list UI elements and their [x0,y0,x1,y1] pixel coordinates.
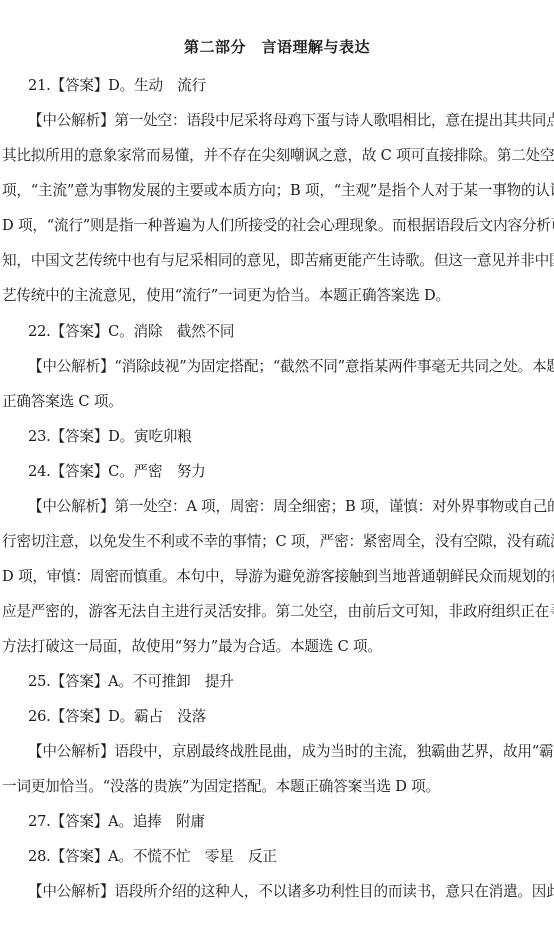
answer-25: 25.【答案】A。不可推卸 提升 [28,672,554,692]
answer-28: 28.【答案】A。不慌不忙 零星 反正 [28,847,554,867]
analysis-24-l5: 方法打破这一局面，故使用“努力”最为合适。本题选 C 项。 [2,637,554,657]
analysis-24-l4: 应是严密的，游客无法自主进行灵活安排。第二处空，由前后文可知，非政府组织正在寻求 [2,602,554,622]
answer-24: 24.【答案】C。严密 努力 [28,462,554,482]
section-title: 第二部分 言语理解与表达 [0,36,554,57]
analysis-24-l2: 行密切注意，以免发生不利或不幸的事情；C 项，严密：紧密周全，没有空隙，没有疏漏… [2,532,554,552]
analysis-21: 【中公解析】第一处空：语段中尼采将母鸡下蛋与诗人歌唱相比，意在提出其共同点， [28,111,554,131]
analysis-26: 【中公解析】语段中，京剧最终战胜昆曲，成为当时的主流，独霸曲艺界，故用“霸占” [28,742,554,762]
analysis-24-l3: D 项，审慎：周密而慎重。本句中，导游为避免游客接触到当地普通朝鲜民众而规划的行… [2,567,554,587]
answer-22: 22.【答案】C。消除 截然不同 [28,322,554,342]
analysis-26-l2: 一词更加恰当。“没落的贵族”为固定搭配。本题正确答案当选 D 项。 [2,777,554,797]
answer-27: 27.【答案】A。追捧 附庸 [28,812,554,832]
analysis-28: 【中公解析】语段所介绍的这种人，不以诸多功利性目的而读书，意只在消遣。因此他 [28,882,554,902]
analysis-21-l2: 其比拟所用的意象家常而易懂，并不存在尖刻嘲讽之意，故 C 项可直接排除。第二处空… [2,146,554,166]
answer-21: 21.【答案】D。生动 流行 [28,76,554,96]
analysis-24: 【中公解析】第一处空：A 项，周密：周全细密；B 项，谨慎：对外界事物或自己的言 [28,497,554,517]
analysis-21-l6: 艺传统中的主流意见，使用“流行”一词更为恰当。本题正确答案选 D。 [2,286,554,306]
answer-26: 26.【答案】D。霸占 没落 [28,707,554,727]
analysis-21-l5: 知，中国文艺传统中也有与尼采相同的意见，即苦痛更能产生诗歌。但这一意见并非中国文 [2,251,554,271]
analysis-21-l4: D 项，“流行”则是指一种普遍为人们所接受的社会心理现象。而根据语段后文内容分析… [2,216,554,236]
answer-23: 23.【答案】D。寅吃卯粮 [28,427,554,447]
analysis-22-l2: 正确答案选 C 项。 [2,392,554,412]
analysis-21-l3: 项，“主流”意为事物发展的主要或本质方向；B 项，“主观”是指个人对于某一事物的… [2,181,554,201]
analysis-22: 【中公解析】“消除歧视”为固定搭配；“截然不同”意指某两件事毫无共同之处。本题 [28,357,554,377]
